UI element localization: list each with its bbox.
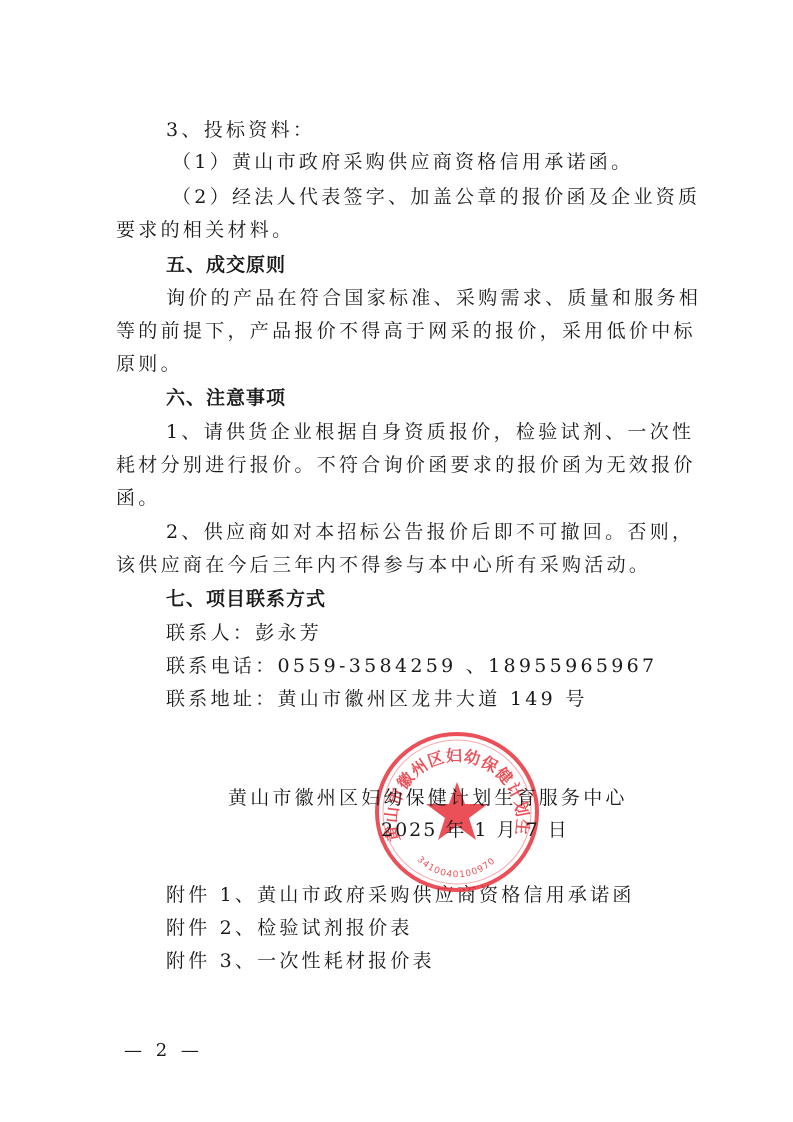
signature-date: 2025 年 1 月 7 日: [381, 814, 569, 846]
attachment-3: 附件 3、一次性耗材报价表: [166, 945, 435, 977]
section-5-line-3: 原则。: [116, 348, 672, 380]
page-number: — 2 —: [124, 1040, 203, 1061]
section-6-note-1-line-2: 耗材分别进行报价。不符合询价函要求的报价函为无效报价: [116, 449, 672, 481]
section-7-heading: 七、项目联系方式: [166, 583, 722, 615]
materials-item-1: （1）黄山市政府采购供应商资格信用承诺函。: [172, 146, 728, 178]
materials-title: 3、投标资料：: [166, 114, 722, 146]
attachment-2: 附件 2、检验试剂报价表: [166, 912, 413, 944]
materials-item-2-cont: 要求的相关材料。: [116, 214, 672, 246]
svg-text:3410040100970: 3410040100970: [415, 855, 498, 880]
section-6-note-1-line-3: 函。: [116, 482, 672, 514]
section-6-note-1-line-1: 1、请供货企业根据自身资质报价，检验试剂、一次性: [166, 416, 722, 448]
contact-address: 联系地址：黄山市徽州区龙井大道 149 号: [166, 683, 722, 715]
section-5-line-2: 等的前提下，产品报价不得高于网采的报价，采用低价中标: [116, 315, 672, 347]
section-6-heading: 六、注意事项: [166, 382, 722, 414]
section-5-line-1: 询价的产品在符合国家标准、采购需求、质量和服务相: [166, 282, 722, 314]
signature-organization: 黄山市徽州区妇幼保健计划生育服务中心: [228, 782, 648, 814]
contact-phone: 联系电话：0559-3584259 、18955965967: [166, 650, 722, 682]
section-5-heading: 五、成交原则: [166, 249, 722, 281]
seal-code: 3410040100970: [415, 855, 498, 880]
section-6-note-2-line-2: 该供应商在今后三年内不得参与本中心所有采购活动。: [116, 549, 672, 581]
materials-item-2: （2）经法人代表签字、加盖公章的报价函及企业资质: [172, 181, 728, 213]
contact-person: 联系人：彭永芳: [166, 617, 722, 649]
section-6-note-2-line-1: 2、供应商如对本招标公告报价后即不可撤回。否则，: [166, 516, 722, 548]
document-page: 3、投标资料： （1）黄山市政府采购供应商资格信用承诺函。 （2）经法人代表签字…: [0, 0, 793, 1122]
